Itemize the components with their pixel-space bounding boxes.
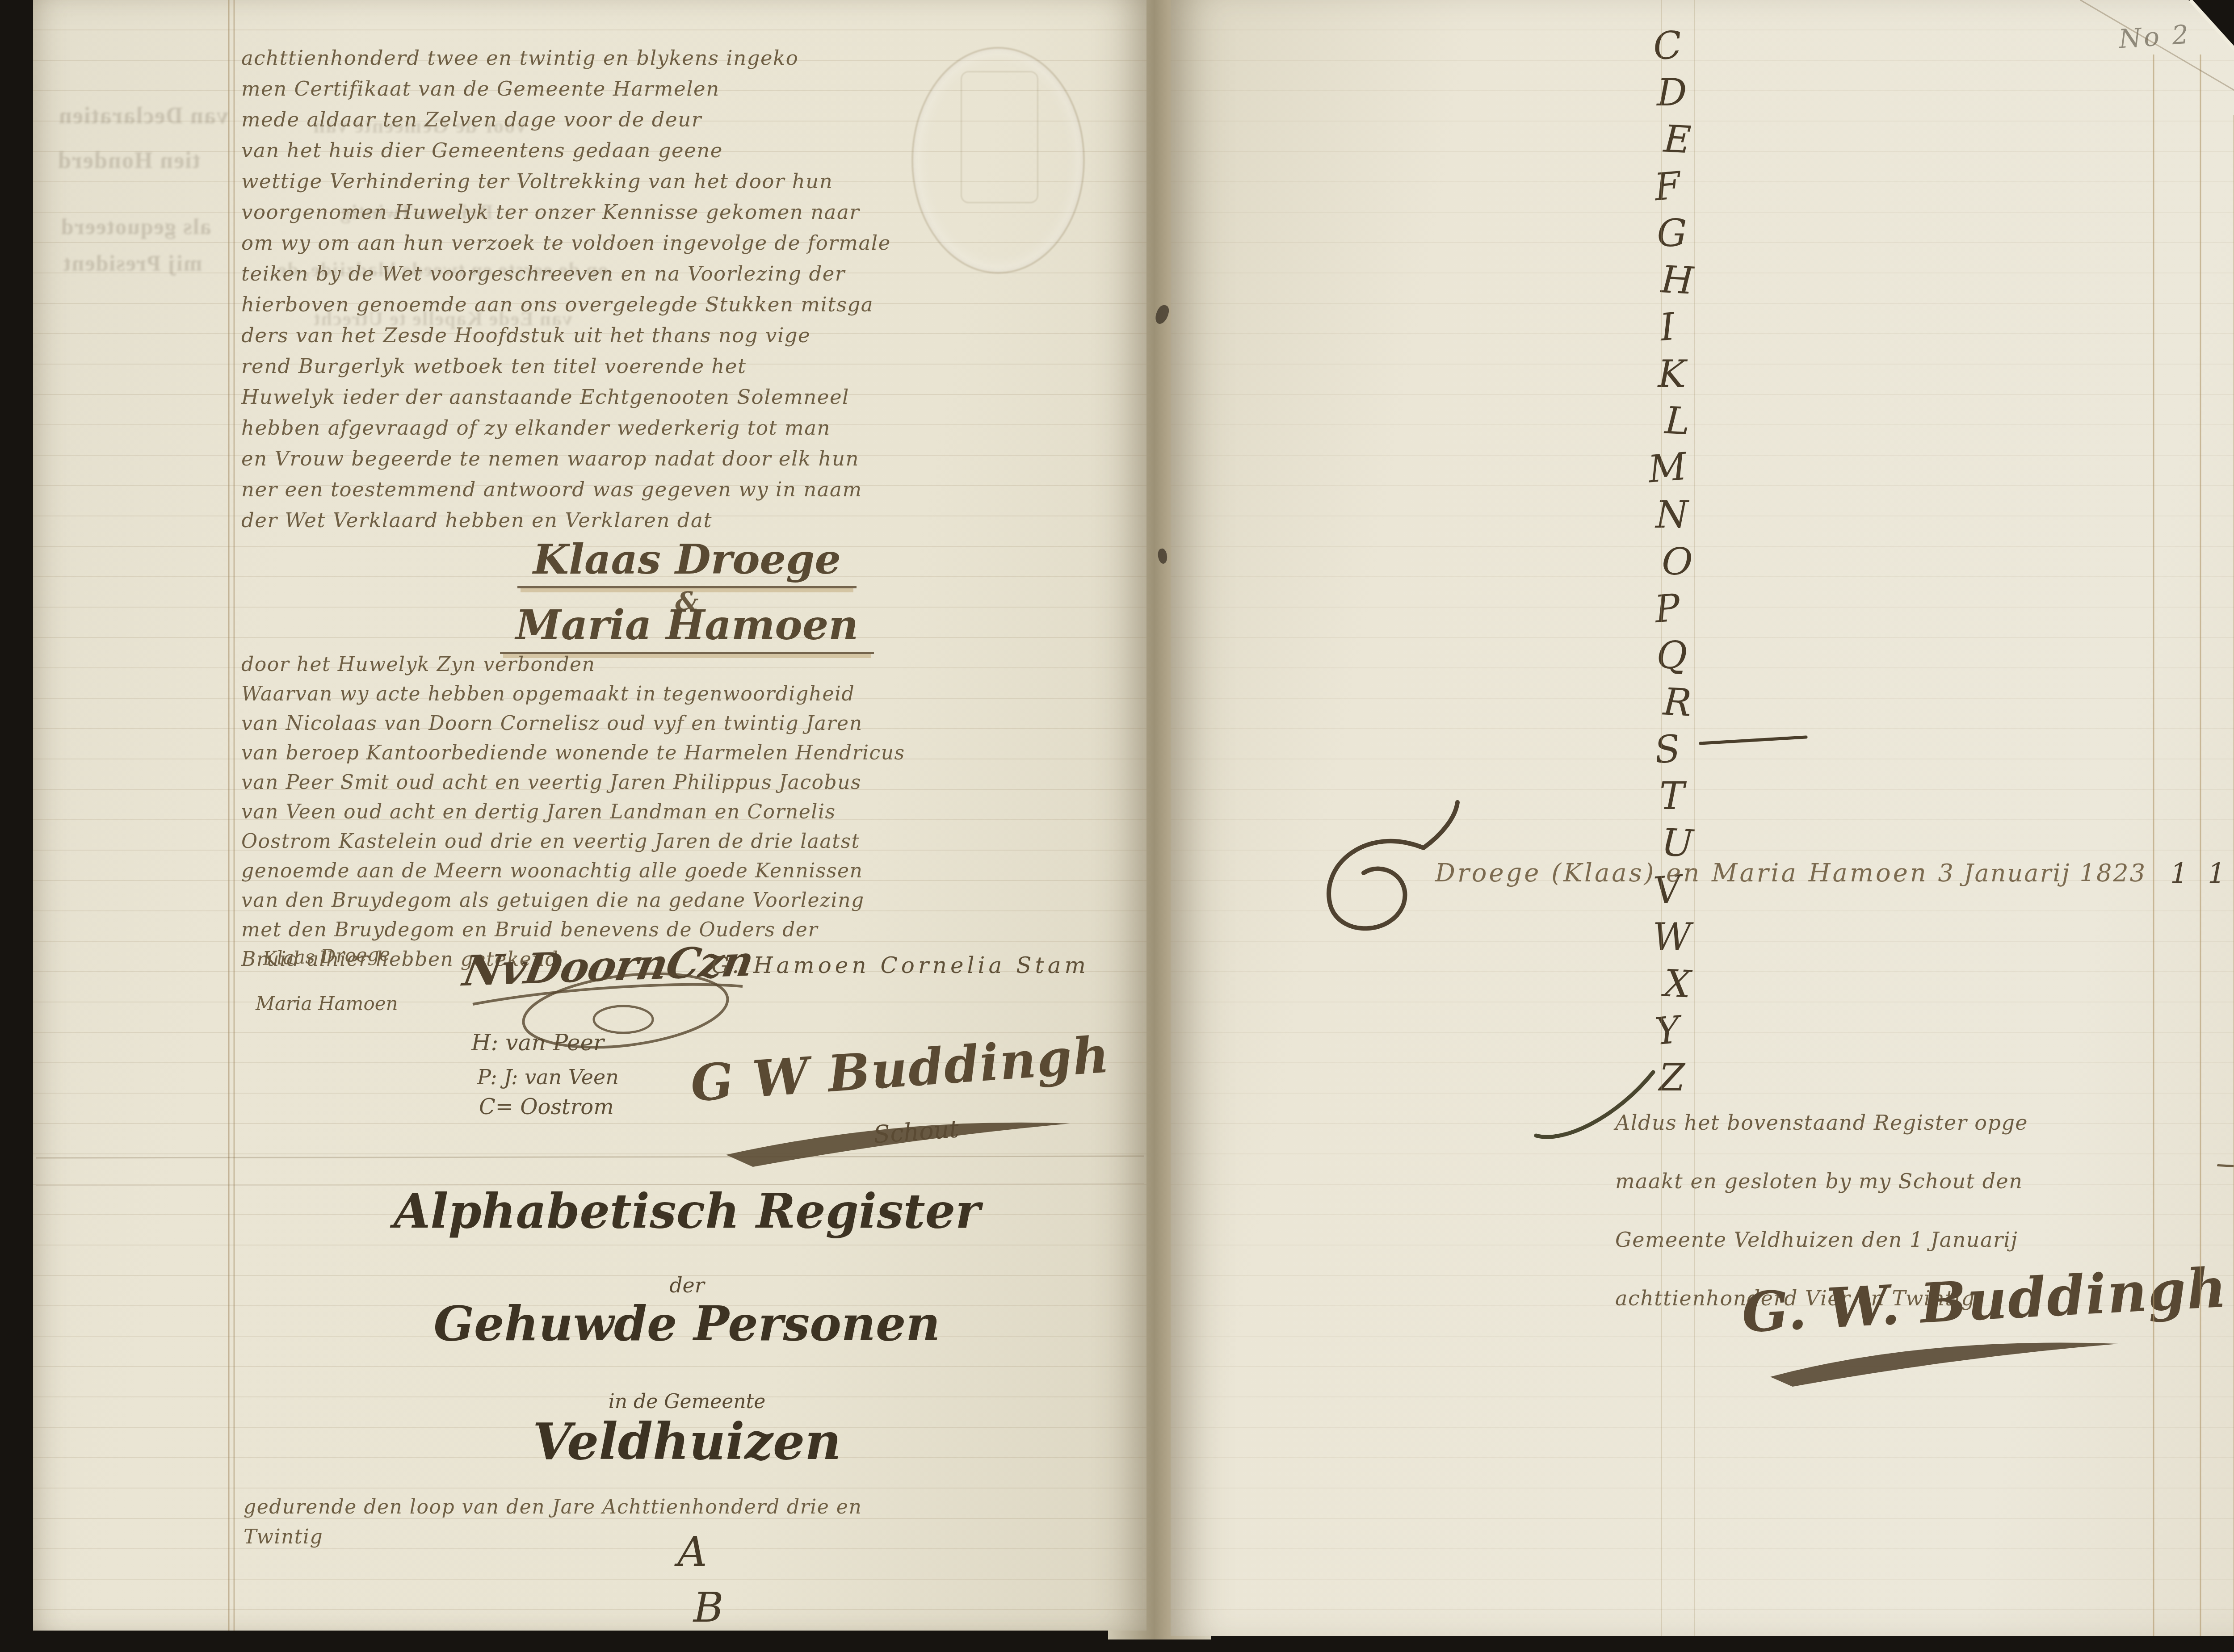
act-line: om wy om aan hun verzoek te voldoen inge…	[241, 227, 1133, 258]
act-line: van den Bruydegom als getuigen die na ge…	[241, 886, 1133, 915]
alphabet-letter: E	[1631, 114, 1723, 165]
closing-line: Aldus het bovenstaand Register opge	[1615, 1094, 2223, 1152]
alphabet-letter: Y	[1621, 1003, 1714, 1058]
act-line: van Peer Smit oud acht en veertig Jaren …	[241, 768, 1133, 797]
alphabet-letter: K	[1627, 351, 1717, 398]
groom-name: Klaas Droege	[241, 535, 1133, 588]
signature-groom: Klaas Droege	[262, 943, 391, 969]
alphabet-letter: S	[1621, 722, 1714, 776]
act-paragraph-2: door het Huwelyk Zyn verbonden Waarvan w…	[241, 650, 1133, 974]
signature-parents: G. Hamoen Cornelia Stam	[711, 952, 1089, 978]
signature-witness-oostrom: C= Oostrom	[479, 1094, 614, 1120]
act-line: achttienhonderd twee en twintig en blyke…	[241, 42, 1133, 73]
act-line: teiken by de Wet voorgeschreeven en na V…	[241, 258, 1133, 289]
act-line: voorgenomen Huwelyk ter onzer Kennisse g…	[241, 197, 1133, 227]
act-line: van beroep Kantoorbediende wonende te Ha…	[241, 738, 1133, 768]
act-line: Oostrom Kastelein oud drie en veertig Ja…	[241, 827, 1133, 856]
register-entry-row: Droege (Klaas) en Maria Hamoen 3 Januari…	[1435, 859, 2146, 888]
signature-witness-van-veen: P: J: van Veen	[477, 1065, 619, 1089]
alphabet-letter: O	[1631, 536, 1723, 587]
groom-name-text: Klaas Droege	[517, 535, 857, 588]
register-connector: in de Gemeente	[241, 1390, 1133, 1413]
alphabet-letter: C	[1621, 18, 1714, 73]
act-line: ders van het Zesde Hoofdstuk uit het tha…	[241, 320, 1133, 351]
act-line: door het Huwelyk Zyn verbonden	[241, 650, 1133, 679]
alphabet-letter: P	[1621, 581, 1714, 636]
act-line: hierboven genoemde aan ons overgelegde S…	[241, 289, 1133, 320]
bleedthrough-line: tien Honderd	[57, 147, 200, 174]
act-line: hebben afgevraagd of zy elkander wederke…	[241, 412, 1133, 443]
act-line: Waarvan wy acte hebben opgemaakt in tege…	[241, 679, 1133, 709]
alphabet-letter: G	[1627, 210, 1717, 257]
register-connector: der	[241, 1273, 1133, 1297]
bleedthrough-line: als gequoteerd	[60, 214, 211, 239]
signature-official-title: Schout	[873, 1115, 960, 1149]
act-line: wettige Verhindering ter Voltrekking van…	[241, 166, 1133, 197]
act-line: genoemde aan de Meern woonachtig alle go…	[241, 856, 1133, 886]
act-line: van Nicolaas van Doorn Cornelisz oud vyf…	[241, 709, 1133, 738]
alphabet-letter: Q	[1627, 632, 1717, 679]
register-letter-a: A	[247, 1528, 1138, 1576]
signature-witness-van-peer: H: van Peer	[471, 1030, 604, 1056]
alphabet-letter: D	[1627, 69, 1717, 116]
act-line: rend Burgerlyk wetboek ten titel voerend…	[241, 351, 1133, 382]
alphabet-index-column: C D E F G H I K L M N O P Q R S T U V W …	[1627, 22, 1717, 1101]
register-municipality: Veldhuizen	[241, 1413, 1133, 1471]
act-line: der Wet Verklaard hebben en Verklaren da…	[241, 505, 1133, 536]
act-line: ner een toestemmend antwoord was gegeven…	[241, 474, 1133, 505]
act-line: mede aldaar ten Zelven dage voor de deur	[241, 104, 1133, 135]
register-title: Alphabetisch Register	[241, 1183, 1133, 1239]
document-scan: van Declaratien tien Honderd als gequote…	[0, 0, 2234, 1652]
signature-bride: Maria Hamoen	[256, 993, 398, 1015]
entry-column-2: 1	[2201, 857, 2232, 889]
alphabet-letter: W	[1627, 914, 1717, 960]
page-number: No 2	[2118, 19, 2192, 54]
act-line: en Vrouw begeerde te nemen waarop nadat …	[241, 443, 1133, 474]
alphabet-letter: M	[1621, 440, 1714, 495]
alphabet-letter: X	[1631, 958, 1723, 1010]
act-line: van het huis dier Gemeentens gedaan geen…	[241, 135, 1133, 166]
entry-date: 3 Januarij 1823	[1938, 859, 2146, 887]
register-letter-b: B	[263, 1584, 1154, 1631]
bride-name-text: Maria Hamoen	[500, 601, 874, 654]
register-period-line: gedurende den loop van den Jare Achttien…	[244, 1496, 862, 1518]
act-line: Huwelyk ieder der aanstaande Echtgenoote…	[241, 382, 1133, 412]
bleedthrough-line: van Declaratien	[58, 103, 228, 129]
register-subtitle: Gehuwde Personen	[241, 1296, 1133, 1351]
act-line: van Veen oud acht en dertig Jaren Landma…	[241, 797, 1133, 827]
act-paragraph-1: achttienhonderd twee en twintig en blyke…	[241, 42, 1133, 536]
entry-column-1: 1	[2161, 857, 2197, 889]
alphabet-letter: N	[1627, 491, 1717, 538]
bleedthrough-line: mij President	[63, 250, 202, 276]
bride-name: Maria Hamoen	[241, 601, 1133, 654]
alphabet-letter: R	[1631, 677, 1723, 728]
closing-line: maakt en gesloten by my Schout den	[1615, 1152, 2223, 1211]
entry-couple-name: Droege (Klaas) en Maria Hamoen	[1435, 859, 1928, 888]
alphabet-letter: F	[1621, 159, 1714, 214]
alphabet-letter: T	[1627, 773, 1717, 820]
act-line: men Certifikaat van de Gemeente Harmelen	[241, 73, 1133, 104]
alphabet-letter: I	[1621, 300, 1714, 354]
alphabet-letter: H	[1631, 255, 1723, 306]
alphabet-letter: L	[1631, 395, 1723, 447]
